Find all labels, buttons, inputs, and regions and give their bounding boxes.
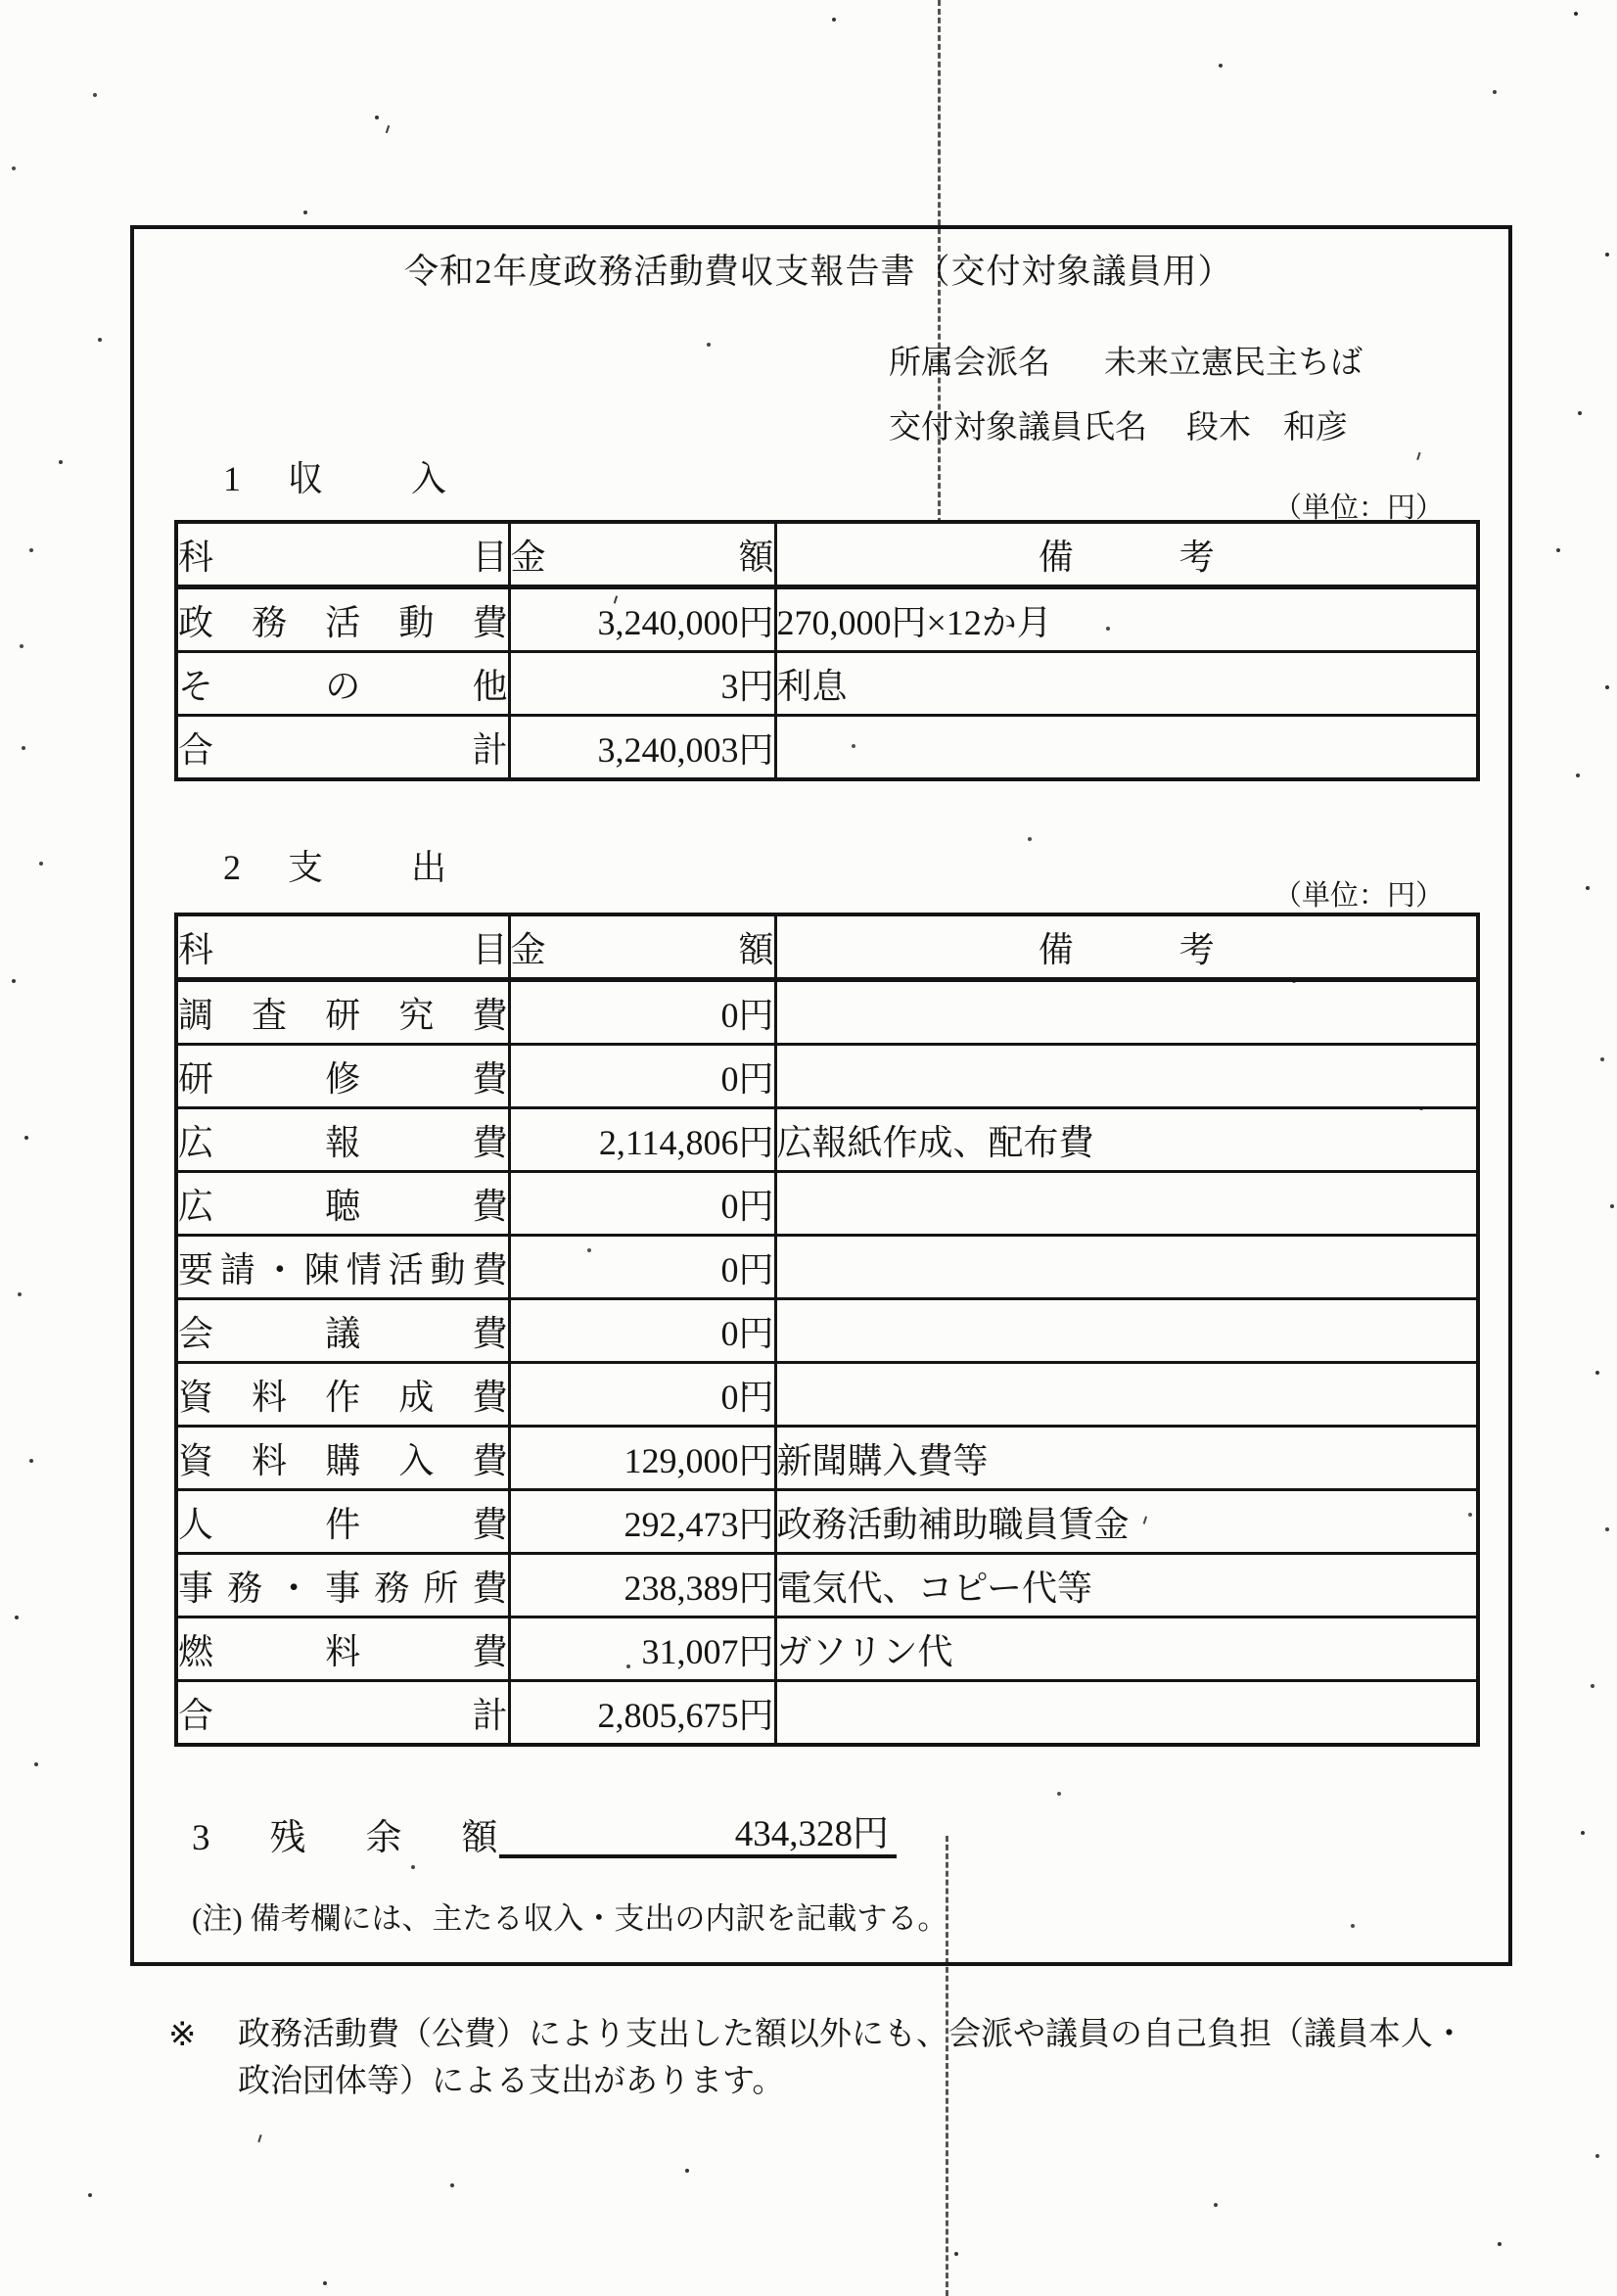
income-header-remark: 備 考 — [775, 522, 1478, 587]
expense-item: 燃料費 — [176, 1617, 509, 1681]
expense-remark: 電気代、コピー代等 — [775, 1554, 1478, 1617]
income-amount: 3,240,000円 — [509, 587, 775, 652]
expense-row: 調査研究費 0円 — [176, 980, 1478, 1045]
expense-remark: 広報紙作成、配布費 — [775, 1108, 1478, 1172]
expense-remark — [775, 1236, 1478, 1299]
expense-header-item: 科目 — [176, 914, 509, 980]
balance-amount: 434,328円 — [499, 1804, 897, 1858]
expense-row: 要請・陳情活動費 0円 — [176, 1236, 1478, 1299]
scanned-report-page: 令和2年度政務活動費収支報告書（交付対象議員用） 所属会派名未来立憲民主ちば 交… — [0, 0, 1617, 2296]
income-remark: 270,000円×12か月 — [775, 587, 1478, 652]
footnote-line2: 政治団体等）による支出があります。 — [238, 2058, 1465, 2105]
footnote-marker: ※ — [168, 2015, 197, 2054]
expense-total-amount: 2,805,675円 — [509, 1681, 775, 1746]
expense-remark: 新聞購入費等 — [775, 1427, 1478, 1490]
footnote-line1: 政務活動費（公費）により支出した額以外にも、会派や議員の自己負担（議員本人・ — [238, 2011, 1465, 2058]
expense-amount: 0円 — [509, 1172, 775, 1236]
member-label: 交付対象議員氏名 — [889, 410, 1147, 445]
expense-item: 広聴費 — [176, 1172, 509, 1236]
expense-row: 広聴費 0円 — [176, 1172, 1478, 1236]
income-item: 政務活動費 — [176, 587, 509, 652]
expense-total-remark — [775, 1681, 1478, 1746]
expense-item: 資料購入費 — [176, 1427, 509, 1490]
income-total-amount: 3,240,003円 — [509, 716, 775, 780]
expense-row: 事務・事務所費 238,389円 電気代、コピー代等 — [176, 1554, 1478, 1617]
expense-amount: 292,473円 — [509, 1490, 775, 1554]
expense-remark: ガソリン代 — [775, 1617, 1478, 1681]
income-table: 科目 金額 備 考 政務活動費 3,240,000円 270,000円×12か月… — [174, 520, 1480, 781]
expense-header-row: 科目 金額 備 考 — [176, 914, 1478, 980]
income-total-remark — [775, 716, 1478, 780]
affiliation-value: 未来立憲民主ちば — [1104, 346, 1363, 381]
income-total-label: 合計 — [176, 716, 509, 780]
income-section-heading: 1 収 入 — [223, 451, 452, 501]
expense-row: 人件費 292,473円 政務活動補助職員賃金 — [176, 1490, 1478, 1554]
affiliation-label: 所属会派名 — [889, 346, 1050, 381]
expense-row: 研修費 0円 — [176, 1045, 1478, 1108]
expense-row: 燃料費 31,007円 ガソリン代 — [176, 1617, 1478, 1681]
expense-amount: 0円 — [509, 1236, 775, 1299]
income-header-amount: 金額 — [509, 522, 775, 587]
expense-item: 会議費 — [176, 1299, 509, 1363]
expense-amount: 0円 — [509, 1299, 775, 1363]
expense-row: 資料購入費 129,000円 新聞購入費等 — [176, 1427, 1478, 1490]
member-value: 段木 和彦 — [1186, 410, 1348, 445]
expense-remark — [775, 1172, 1478, 1236]
scan-noise-specks — [1574, 12, 1578, 16]
expense-total-label: 合計 — [176, 1681, 509, 1746]
expense-header-amount: 金額 — [509, 914, 775, 980]
income-item: その他 — [176, 652, 509, 716]
expense-total-row: 合計 2,805,675円 — [176, 1681, 1478, 1746]
expense-item: 事務・事務所費 — [176, 1554, 509, 1617]
expense-item: 要請・陳情活動費 — [176, 1236, 509, 1299]
expense-item: 資料作成費 — [176, 1363, 509, 1427]
income-total-row: 合計 3,240,003円 — [176, 716, 1478, 780]
expense-amount: 0円 — [509, 980, 775, 1045]
expense-row: 広報費 2,114,806円 広報紙作成、配布費 — [176, 1108, 1478, 1172]
balance-heading: 3 残 余 額 — [192, 1807, 510, 1860]
page-title: 令和2年度政務活動費収支報告書（交付対象議員用） — [404, 245, 1233, 294]
expense-amount: 0円 — [509, 1363, 775, 1427]
income-row: その他 3円 利息 — [176, 652, 1478, 716]
expense-amount: 2,114,806円 — [509, 1108, 775, 1172]
footnote-text: 政務活動費（公費）により支出した額以外にも、会派や議員の自己負担（議員本人・ 政… — [238, 2011, 1465, 2105]
expense-amount: 31,007円 — [509, 1617, 775, 1681]
affiliation-line: 所属会派名未来立憲民主ちば — [889, 337, 1363, 383]
expense-table: 科目 金額 備 考 調査研究費 0円 研修費 0円 広報費 2,114,806円… — [174, 913, 1480, 1747]
expense-item: 研修費 — [176, 1045, 509, 1108]
expense-row: 資料作成費 0円 — [176, 1363, 1478, 1427]
expense-item: 人件費 — [176, 1490, 509, 1554]
expense-amount: 129,000円 — [509, 1427, 775, 1490]
expense-row: 会議費 0円 — [176, 1299, 1478, 1363]
note-text: (注) 備考欄には、主たる収入・支出の内訳を記載する。 — [192, 1894, 947, 1938]
income-amount: 3円 — [509, 652, 775, 716]
income-header-item: 科目 — [176, 522, 509, 587]
expense-item: 広報費 — [176, 1108, 509, 1172]
member-line: 交付対象議員氏名段木 和彦 — [889, 401, 1348, 447]
income-row: 政務活動費 3,240,000円 270,000円×12か月 — [176, 587, 1478, 652]
expense-section-heading: 2 支 出 — [223, 840, 452, 890]
expense-remark — [775, 980, 1478, 1045]
expense-item: 調査研究費 — [176, 980, 509, 1045]
income-remark: 利息 — [775, 652, 1478, 716]
expense-unit-label: （単位：円） — [1150, 873, 1444, 914]
expense-remark: 政務活動補助職員賃金 — [775, 1490, 1478, 1554]
expense-header-remark: 備 考 — [775, 914, 1478, 980]
expense-remark — [775, 1299, 1478, 1363]
expense-remark — [775, 1363, 1478, 1427]
expense-remark — [775, 1045, 1478, 1108]
expense-amount: 0円 — [509, 1045, 775, 1108]
scan-noise-scratches — [386, 125, 390, 133]
expense-amount: 238,389円 — [509, 1554, 775, 1617]
income-header-row: 科目 金額 備 考 — [176, 522, 1478, 587]
